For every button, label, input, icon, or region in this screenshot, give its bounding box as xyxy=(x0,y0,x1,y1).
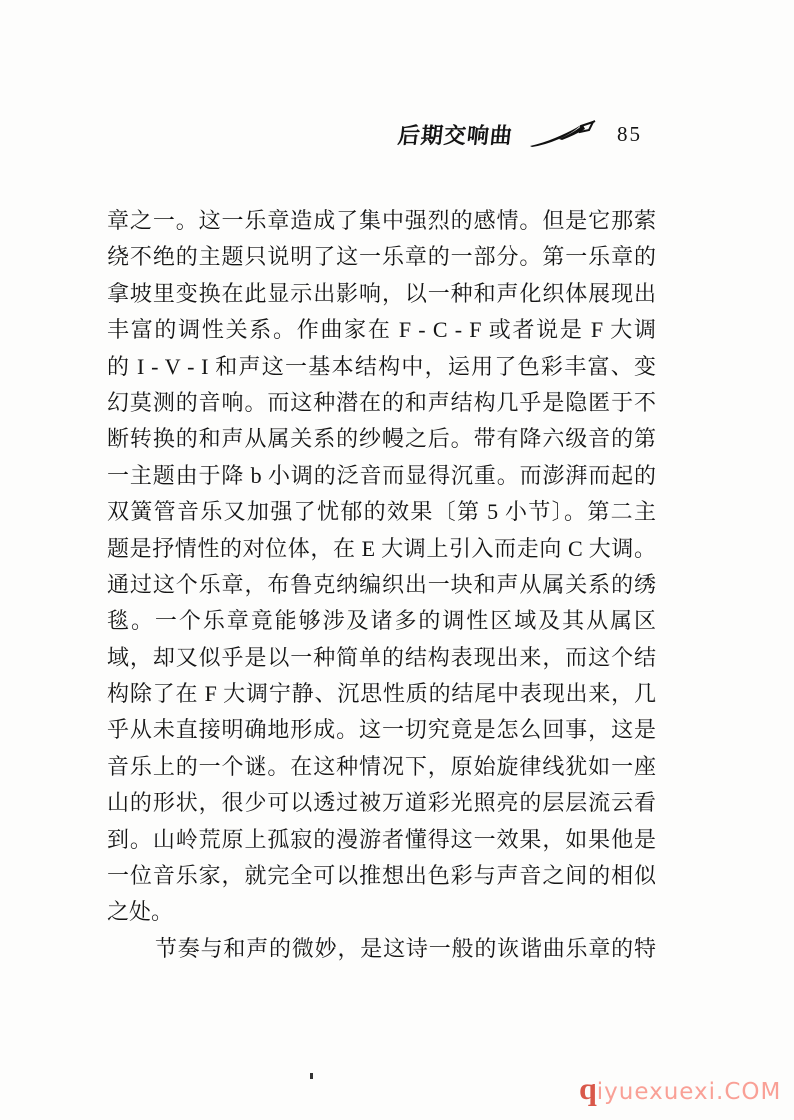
text-line: 域，却又似乎是以一种简单的结构表现出来，而这个结 xyxy=(107,640,656,676)
text-line: 到。山岭荒原上孤寂的漫游者懂得这一效果，如果他是 xyxy=(107,822,656,858)
text-line: 双簧管音乐又加强了忧郁的效果〔第 5 小节〕。第二主 xyxy=(107,494,656,530)
scanned-book-page: 后期交响曲 85 章之一。这一乐章造成了集中强烈的感情。但是它那萦绕不绝的主题只… xyxy=(0,0,794,1120)
text-line: 的 I - V - I 和声这一基本结构中，运用了色彩丰富、变 xyxy=(107,349,656,385)
text-line: 构除了在 F 大调宁静、沉思性质的结尾中表现出来，几 xyxy=(107,676,656,712)
text-line: 之处。 xyxy=(107,894,656,930)
text-line: 章之一。这一乐章造成了集中强烈的感情。但是它那萦 xyxy=(107,203,656,239)
text-line: 乎从未直接明确地形成。这一切究竟是怎么回事，这是 xyxy=(107,712,656,748)
text-line: 断转换的和声从属关系的纱幔之后。带有降六级音的第 xyxy=(107,421,656,457)
text-line: 拿坡里变换在此显示出影响，以一种和声化织体展现出 xyxy=(107,276,656,312)
text-line: 山的形状，很少可以透过被万道彩光照亮的层层流云看 xyxy=(107,785,656,821)
site-watermark: qiyuexuexi.COM xyxy=(579,1072,781,1111)
text-line: 丰富的调性关系。作曲家在 F - C - F 或者说是 F 大调 xyxy=(107,312,656,348)
text-line: 绕不绝的主题只说明了这一乐章的一部分。第一乐章的 xyxy=(107,239,656,275)
brush-stroke-icon xyxy=(529,120,597,148)
running-header: 后期交响曲 85 xyxy=(398,118,642,150)
text-line: 音乐上的一个谜。在这种情况下，原始旋律线犹如一座 xyxy=(107,749,656,785)
text-line: 题是抒情性的对位体，在 E 大调上引入而走向 C 大调。 xyxy=(107,531,656,567)
watermark-site-name: iyuexuexi.COM xyxy=(597,1079,782,1105)
text-line: 幻莫测的音响。而这种潜在的和声结构几乎是隐匿于不 xyxy=(107,385,656,421)
text-line: 一位音乐家，就完全可以推想出色彩与声音之间的相似 xyxy=(107,858,656,894)
text-line: 通过这个乐章，布鲁克纳编织出一块和声从属关系的绣 xyxy=(107,567,656,603)
scan-speck-mark xyxy=(310,1073,313,1079)
watermark-logo-q: q xyxy=(579,1070,597,1106)
text-line: 节奏与和声的微妙，是这诗一般的诙谐曲乐章的特 xyxy=(107,931,656,967)
text-line: 毯。一个乐章竟能够涉及诸多的调性区域及其从属区 xyxy=(107,603,656,639)
text-line: 一主题由于降 b 小调的泛音而显得沉重。而澎湃而起的 xyxy=(107,458,656,494)
page-number: 85 xyxy=(617,122,642,147)
running-header-title: 后期交响曲 xyxy=(396,119,514,150)
body-text-block: 章之一。这一乐章造成了集中强烈的感情。但是它那萦绕不绝的主题只说明了这一乐章的一… xyxy=(107,203,656,967)
